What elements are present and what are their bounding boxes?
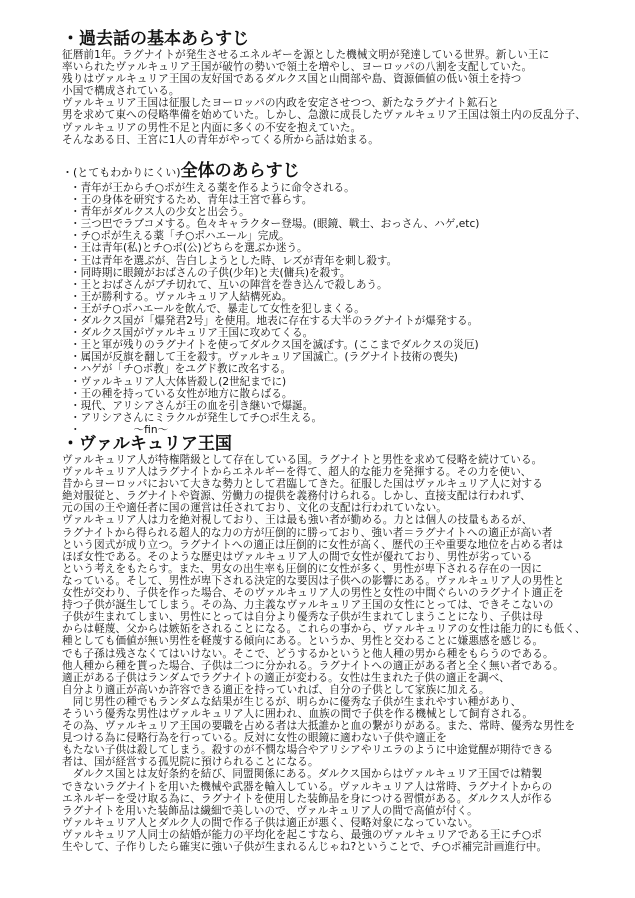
- list-item: ・青年が王からチ○ポが生える薬を作るように命令される。: [70, 182, 479, 194]
- paragraph-line: 男を求めて東への侵略準備を始めていた。しかし、急激に成長したヴァルキュリア王国は…: [62, 109, 586, 121]
- paragraph-line: 小国で構成されている。: [62, 85, 586, 97]
- list-item: ・王と軍が残りのラグナイトを使ってダルクス国を滅ぼす。(ここまでダルクスの災厄): [70, 339, 479, 351]
- paragraph-line: エネルギーを受け取る為に、ラグナイトを使用した装飾品を身につける習慣がある。ダル…: [62, 793, 586, 805]
- section-body: ヴァルキュリア人が特権階級として存在している国。ラグナイトと男性を求めて侵略を続…: [62, 454, 586, 853]
- paragraph-line: ヴァルキュリア人とダルク人の間で作る子供は適正が悪く、侵略対象になっていない。: [62, 817, 586, 829]
- paragraph-line: そんなある日、王宮に1人の青年がやってくる所から話は始まる。: [62, 134, 586, 146]
- paragraph-line: ヴァルキュリア人はラグナイトからエネルギーを得て、超人的な能力を発揮する。その力…: [62, 466, 586, 478]
- list-item: ・王がチ○ポハエールを飲んで、暴走して女性を犯しまくる。: [70, 303, 479, 315]
- paragraph-line: ヴァルキュリア人が特権階級として存在している国。ラグナイトと男性を求めて侵略を続…: [62, 454, 586, 466]
- paragraph-line: ヴァルキュリア人同士の結婚が能力の平均化を起こすなら、最強のヴァルキュリアである…: [62, 829, 586, 841]
- list-item: ・王とおばさんがブチ切れて、互いの陣営を巻き込んで殺しあう。: [70, 279, 479, 291]
- paragraph-line: ラグナイトを用いた装飾品は繊細で美しいので、ヴァルキュリア人の間で高値が付く。: [62, 805, 586, 817]
- paragraph-line: なっている。そして、男性が卑下される決定的な要因は子供への影響にある。ヴァルキュ…: [62, 575, 586, 587]
- list-item: ・ヴァルキュリア人大体皆殺し(2世紀までに): [70, 376, 479, 388]
- paragraph-line: 同じ男性の種でもランダムな結果が生じるが、明らかに優秀な子供が生まれやすい種があ…: [62, 696, 586, 708]
- list-item: ・ハゲが「チ○ポ教」をユグド教に改名する。: [70, 363, 479, 375]
- list-item: ・チ○ポが生える薬「チ○ポハエール」完成。: [70, 230, 479, 242]
- list-item: ・王が勝利する。ヴァルキュリア人結構死ぬ。: [70, 291, 479, 303]
- paragraph-line: もたない子供は殺してしまう。殺すのが不憫な場合やアリシアやリエラのように中途覚醒…: [62, 744, 586, 756]
- section-title-main: 全体のあらすじ: [181, 161, 300, 181]
- section-title: ・過去話の基本あらすじ: [62, 30, 586, 49]
- paragraph-line: という図式が成り立つ。ラグナイトへの適正は圧倒的に女性が高く、歴代の王や重要な地…: [62, 539, 586, 551]
- section-overall-synopsis: ・(とてもわかりにくい)全体のあらすじ ・青年が王からチ○ポが生える薬を作るよう…: [62, 162, 479, 436]
- section-valkyria-kingdom: ・ヴァルキュリア王国 ヴァルキュリア人が特権階級として存在している国。ラグナイト…: [62, 435, 586, 853]
- paragraph-line: 他人種から種を貰った場合、子供は二つに分かれる。ラグナイトへの適正がある者と全く…: [62, 660, 586, 672]
- paragraph-line: ほぼ女性である。そのような歴史はヴァルキュリア人の間で女性が優れており、男性が劣…: [62, 551, 586, 563]
- paragraph-line: 子供が生まれてしまい、男性にとっては自分より優秀な子供が生まれてしまうことになり…: [62, 611, 586, 623]
- list-item: ・同時期に眼鏡がおばさんの子供(少年)と夫(傭兵)を殺す。: [70, 267, 479, 279]
- section-title-prefix: ・(とてもわかりにくい): [62, 166, 181, 179]
- paragraph-line: その為、ヴァルキュリア王国の要職を占める者は大抵誰かと血の繋がりがある。また、常…: [62, 720, 586, 732]
- paragraph-line: 元の国の王や適任者に国の運営は任されており、文化の支配は行われていない。: [62, 502, 586, 514]
- paragraph-line: 絶対服従と、ラグナイトや資源、労働力の提供を義務付けられる。しかし、直接支配は行…: [62, 490, 586, 502]
- list-item: ・ダルクス国がヴァルキュリア王国に攻めてくる。: [70, 327, 479, 339]
- paragraph-line: 昔からヨーロッパにおいて大きな勢力として君臨してきた。征服した国はヴァルキュリア…: [62, 478, 586, 490]
- synopsis-list: ・青年が王からチ○ポが生える薬を作るように命令される。 ・王の身体を研究するため…: [62, 182, 479, 436]
- section-body: 征暦前1年。ラグナイトが発生させるエネルギーを源とした機械文明が発達している世界…: [62, 49, 586, 146]
- list-item: ・現代、アリシアさんが王の血を引き継いで爆誕。: [70, 400, 479, 412]
- paragraph-line: 残りはヴァルキュリア王国の友好国であるダルクス国と山間部や島、資源価値の低い領土…: [62, 73, 586, 85]
- paragraph-line: ラグナイトから得られる超人的な力の方が圧倒的に勝っており、強い者＝ラグナイトへの…: [62, 527, 586, 539]
- paragraph-line: ヴァルキュリアの男性不足と内面に多くの不安を抱えていた。: [62, 122, 586, 134]
- paragraph-line: でも子孫は残さなくてはいけない。そこで、どうするかというと他人種の男から種をもら…: [62, 648, 586, 660]
- paragraph-line: 持つ子供が誕生してしまう。その為、力主義なヴァルキュリア王国の女性にとっては、で…: [62, 599, 586, 611]
- paragraph-line: 適正がある子供はランダムでラグナイトの適正が変わる。女性は生まれた子供の適正を調…: [62, 672, 586, 684]
- list-item: ・三つ巴でラブコメする。色々キャラクター登場。(眼鏡、戦士、おっさん、ハゲ,et…: [70, 218, 479, 230]
- paragraph-line: 見つける為に侵略行為を行っている。反対に女性の眼鏡に適わない子供や適正を: [62, 732, 586, 744]
- section-past-story-synopsis: ・過去話の基本あらすじ 征暦前1年。ラグナイトが発生させるエネルギーを源とした機…: [62, 30, 586, 146]
- paragraph-line: そういう優秀な男性はヴァルキュリア人に囲われ、血族の間で子供を作る機械として飼育…: [62, 708, 586, 720]
- list-item: ・アリシアさんにミラクルが発生してチ○ポ生える。: [70, 412, 479, 424]
- paragraph-line: 種としても価値が無い男性を軽蔑する傾向にある。というか、男性と交わることに嫌悪感…: [62, 635, 586, 647]
- list-item: ・青年がダルクス人の少女と出会う。: [70, 206, 479, 218]
- section-title: ・(とてもわかりにくい)全体のあらすじ: [62, 162, 479, 182]
- paragraph-line: 生やして、子作りしたら確実に強い子供が生まれるんじゃね?ということで、チ○ポ補完…: [62, 841, 586, 853]
- paragraph-line: 者は、国が経営する孤児院に預けられることになる。: [62, 756, 586, 768]
- paragraph-line: 征暦前1年。ラグナイトが発生させるエネルギーを源とした機械文明が発達している世界…: [62, 49, 586, 61]
- section-title: ・ヴァルキュリア王国: [62, 435, 586, 454]
- paragraph-line: ヴァルキュリア王国は征服したヨーロッパの内政を安定させつつ、新たなラグナイト鉱石…: [62, 97, 586, 109]
- paragraph-line: 自分より適正が高いか許容できる適正を持っていれば、自分の子供として家族に加える。: [62, 684, 586, 696]
- paragraph-line: 女性が交わり、子供を作った場合、そのヴァルキュリア人の男性と女性の中間ぐらいのラ…: [62, 587, 586, 599]
- list-item: ・王は青年(私)とチ○ポ(公)どちらを選ぶか迷う。: [70, 242, 479, 254]
- list-item: ・ダルクス国が「爆発君2号」を使用。地表に存在する大半のラグナイトが爆発する。: [70, 315, 479, 327]
- paragraph-line: からは軽蔑、父からは嫉妬をされることになる。これらの事から、ヴァルキュリアの女性…: [62, 623, 586, 635]
- paragraph-line: という考えをもたらす。また、男女の出生率も圧倒的に女性が多く、男性が卑下される存…: [62, 563, 586, 575]
- list-item: ・王の種を持っている女性が地方に散らばる。: [70, 388, 479, 400]
- list-item: ・王の身体を研究するため、青年は王宮で暮らす。: [70, 194, 479, 206]
- list-item: ・属国が反旗を翻して王を殺す。ヴァルキュリア国滅亡。(ラグナイト技術の喪失): [70, 351, 479, 363]
- paragraph-line: できないラグナイトを用いた機械や武器を輸入している。ヴァルキュリア人は常時、ラグ…: [62, 781, 586, 793]
- list-item: ・王は青年を選ぶが、告白しようとした時、レズが青年を刺し殺す。: [70, 255, 479, 267]
- paragraph-line: 率いられたヴァルキュリア王国が破竹の勢いで領土を増やし、ヨーロッパの八割を支配し…: [62, 61, 586, 73]
- paragraph-line: ヴァルキュリア人は力を絶対視しており、王は最も強い者が勤める。力とは個人の技量も…: [62, 514, 586, 526]
- paragraph-line: ダルクス国とは友好条約を結び、同盟関係にある。ダルクス国からはヴァルキュリア王国…: [62, 768, 586, 780]
